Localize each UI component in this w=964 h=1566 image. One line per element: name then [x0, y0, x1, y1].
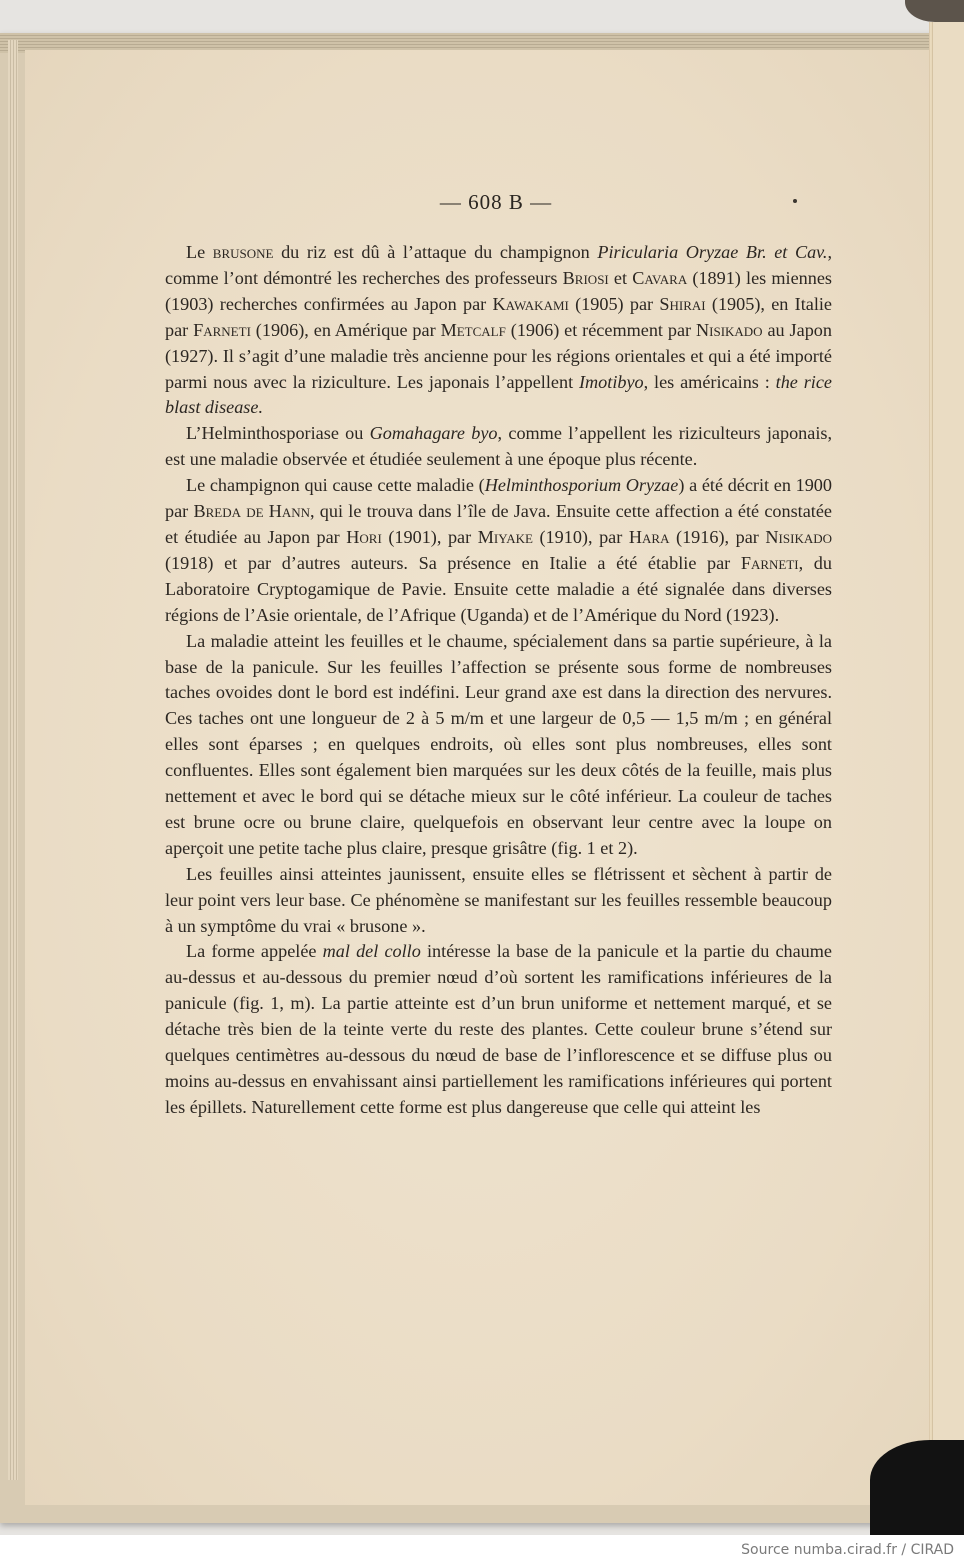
text-run: intéresse la base de la panicule et la p… [165, 941, 832, 1116]
text-run: Les feuilles ainsi atteintes jaunissent,… [165, 864, 832, 936]
ink-dot [793, 199, 797, 203]
italic-term: mal del collo [323, 941, 421, 961]
text-run: La maladie atteint les feuilles et le ch… [165, 631, 832, 858]
author-name: Breda de Hann [193, 501, 310, 521]
text-run: (1906) et récemment par [506, 320, 696, 340]
author-name: Hori [346, 527, 382, 547]
author-name: Farneti [193, 320, 251, 340]
text-run: du riz est dû à l’attaque du champignon [273, 242, 597, 262]
text-run: (1901), par [382, 527, 478, 547]
paragraph: La maladie atteint les feuilles et le ch… [165, 629, 832, 862]
italic-term: Helminthosporium Oryzae [485, 475, 679, 495]
author-name: brusone [213, 242, 274, 262]
author-name: Nisikado [765, 527, 832, 547]
page-left-edge [8, 40, 18, 1480]
facing-page [933, 22, 964, 1442]
paragraph: L’Helminthosporiase ou Gomahagare byo, c… [165, 421, 832, 473]
text-run: L’Helminthosporiase ou [186, 423, 370, 443]
text-run: (1916), par [669, 527, 765, 547]
author-name: Cavara [632, 268, 687, 288]
italic-term: Gomahagare byo [370, 423, 498, 443]
author-name: Miyake [478, 527, 533, 547]
text-run: La forme appelée [186, 941, 323, 961]
author-name: Hara [629, 527, 670, 547]
paragraph: Les feuilles ainsi atteintes jaunissent,… [165, 862, 832, 940]
binding-bottom [870, 1440, 964, 1535]
source-credit: Source numba.cirad.fr / CIRAD [741, 1542, 954, 1558]
body-text: Le brusone du riz est dû à l’attaque du … [165, 240, 832, 1121]
text-run: Le champignon qui cause cette maladie ( [186, 475, 485, 495]
page-number-header: — 608 B — [0, 190, 964, 215]
page-number: — 608 B — [440, 190, 552, 214]
italic-term: Imotibyo [579, 372, 644, 392]
paragraph: La forme appelée mal del collo intéresse… [165, 939, 832, 1120]
text-run: (1918) et par d’autres auteurs. Sa prése… [165, 553, 741, 573]
text-run: et [609, 268, 632, 288]
author-name: Farneti [741, 553, 799, 573]
author-name: Nisikado [696, 320, 763, 340]
text-run: Le [186, 242, 213, 262]
text-run: (1905) par [569, 294, 660, 314]
paragraph: Le champignon qui cause cette maladie (H… [165, 473, 832, 628]
author-name: Shirai [659, 294, 705, 314]
text-run: , les américains : [644, 372, 776, 392]
author-name: Metcalf [441, 320, 506, 340]
author-name: Kawakami [492, 294, 568, 314]
author-name: Briosi [563, 268, 609, 288]
text-run: (1910), par [533, 527, 629, 547]
italic-term: Piricularia Oryzae Br. et Cav. [597, 242, 827, 262]
text-run: (1906), en Amérique par [251, 320, 441, 340]
paragraph: Le brusone du riz est dû à l’attaque du … [165, 240, 832, 421]
